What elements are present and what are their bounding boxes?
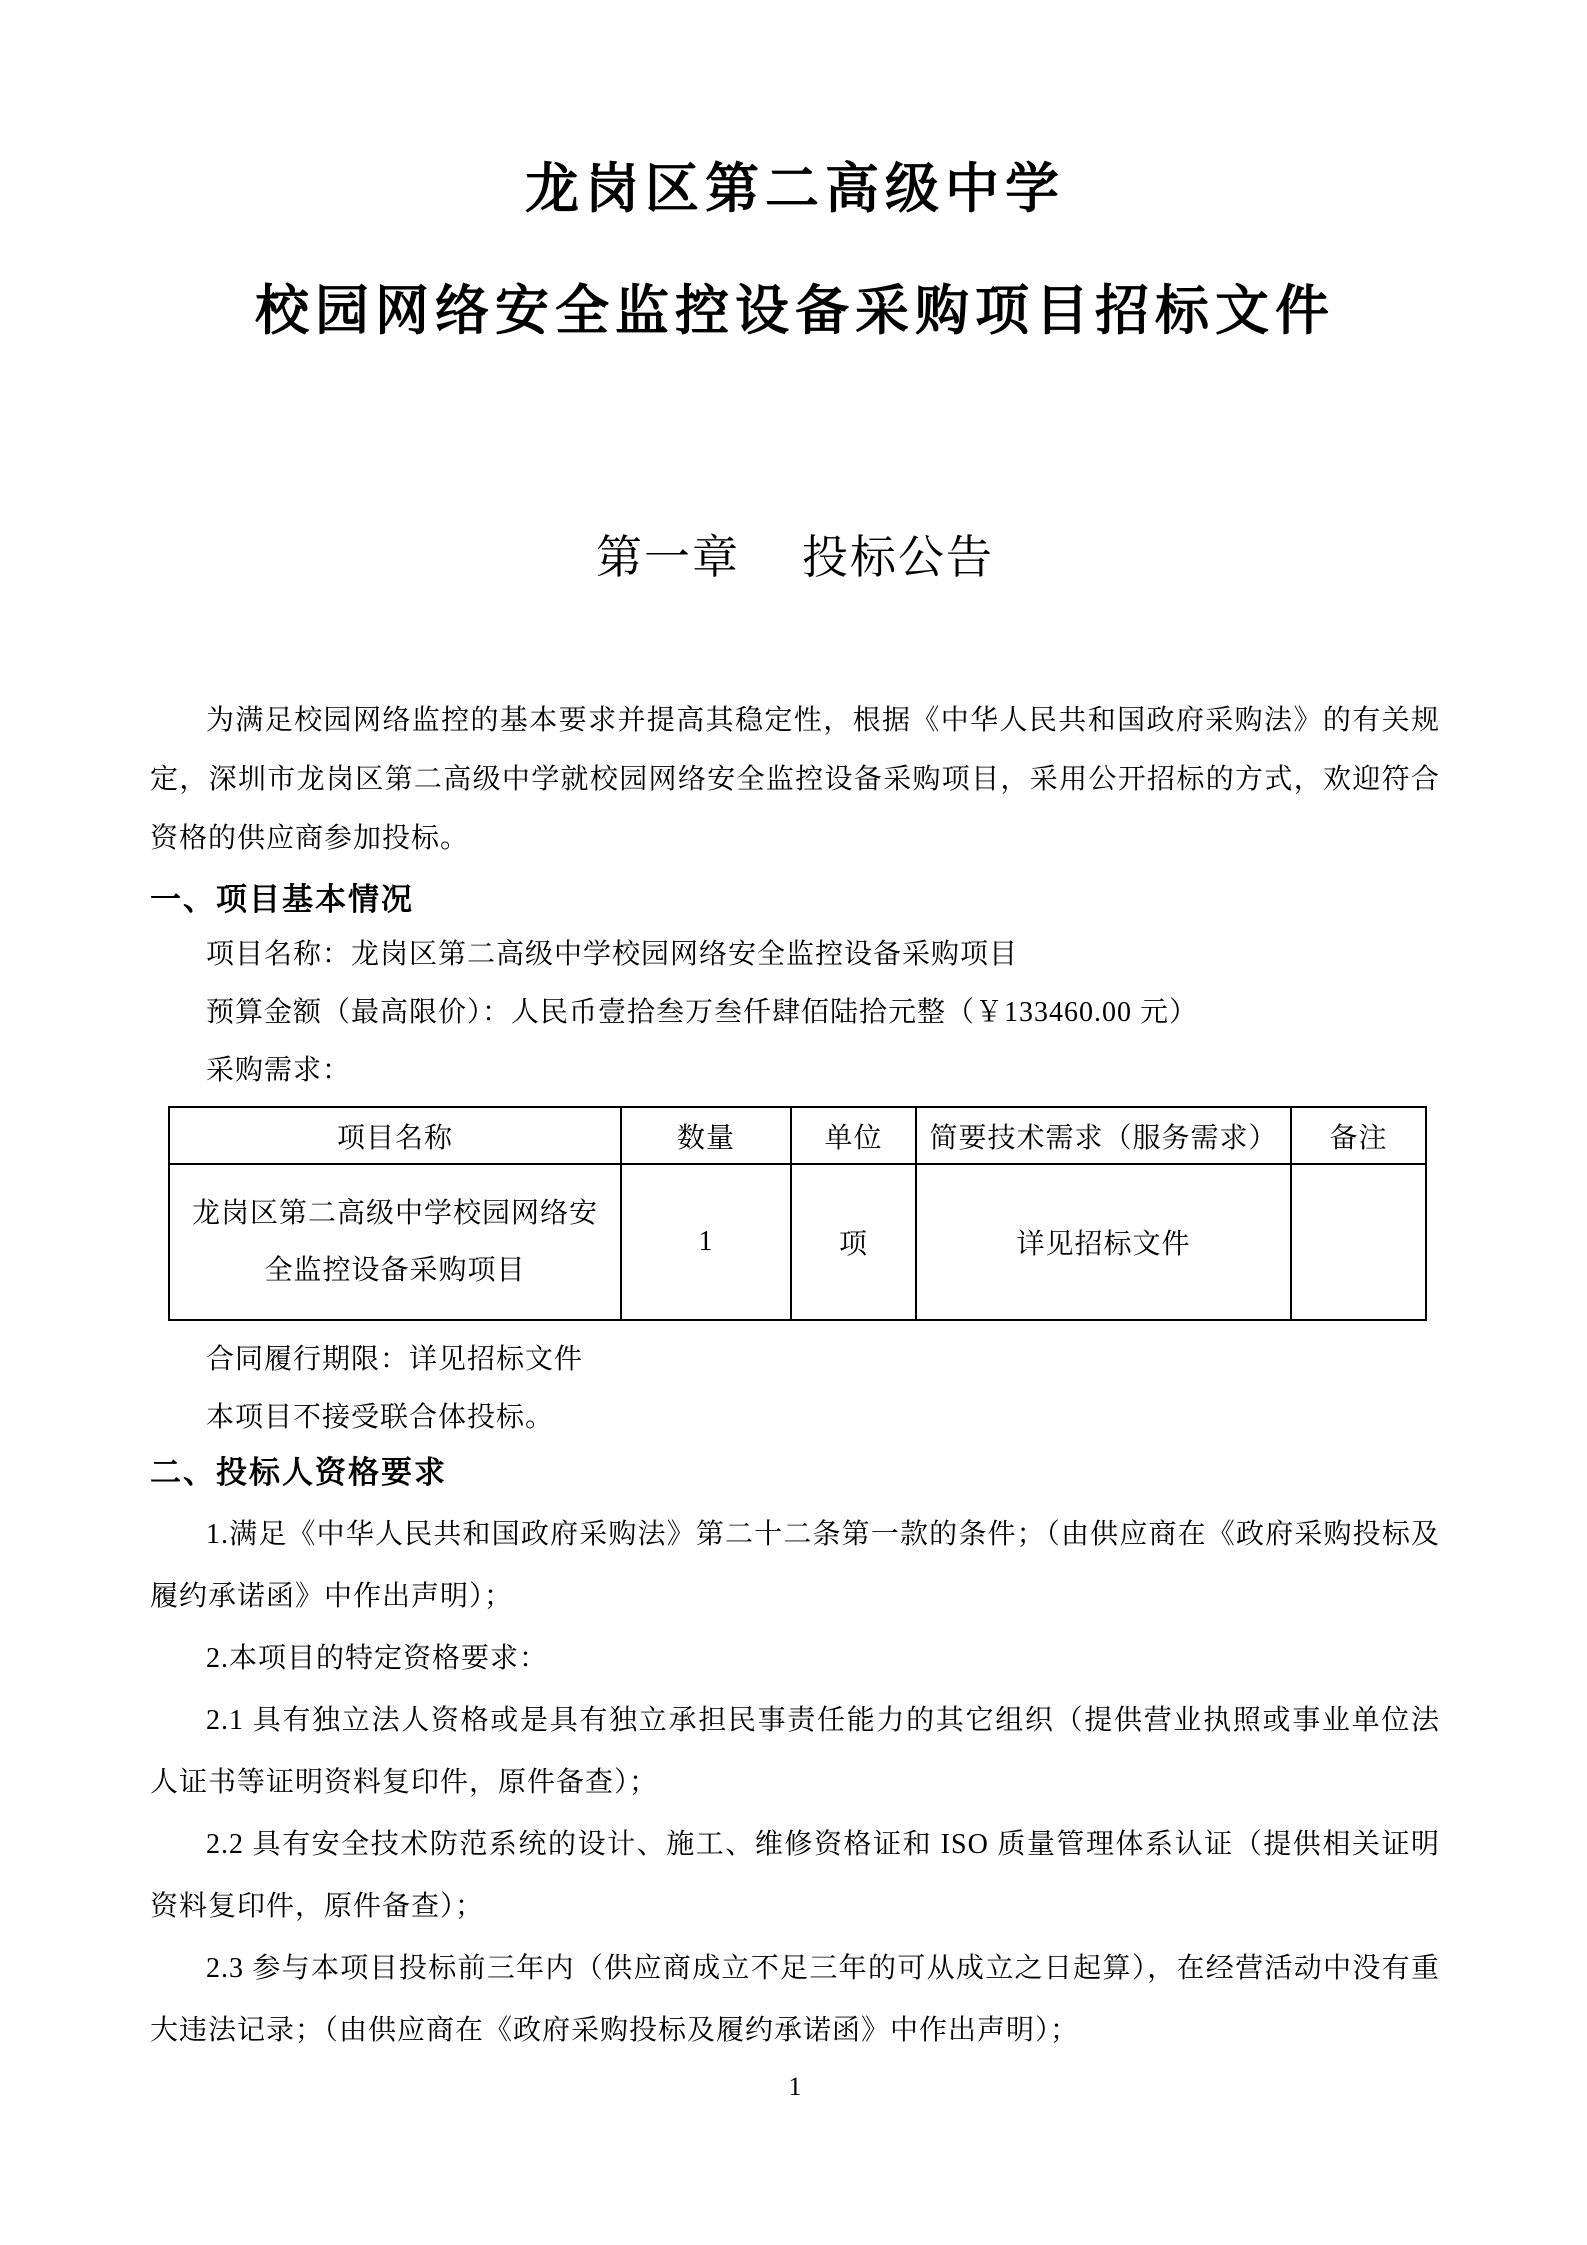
- project-name-line: 项目名称：龙岗区第二高级中学校园网络安全监控设备采购项目: [150, 926, 1440, 984]
- chapter-number: 第一章: [596, 532, 740, 583]
- section2-heading: 二、投标人资格要求: [150, 1453, 1440, 1493]
- procurement-demand-line: 采购需求：: [150, 1042, 1440, 1100]
- contract-period-line: 合同履行期限：详见招标文件: [150, 1331, 1440, 1389]
- cell-remarks: [1291, 1164, 1426, 1320]
- th-requirements: 简要技术需求（服务需求）: [916, 1107, 1291, 1164]
- budget-line: 预算金额（最高限价）：人民币壹拾叁万叁仟肆佰陆拾元整（￥133460.00 元）: [150, 984, 1440, 1042]
- no-consortium-line: 本项目不接受联合体投标。: [150, 1389, 1440, 1447]
- cell-quantity: 1: [621, 1164, 791, 1320]
- table-row: 龙岗区第二高级中学校园网络安全监控设备采购项目 1 项 详见招标文件: [169, 1164, 1426, 1320]
- section1-notes: 合同履行期限：详见招标文件 本项目不接受联合体投标。: [150, 1331, 1440, 1447]
- doc-title-line2: 校园网络安全监控设备采购项目招标文件: [150, 280, 1440, 342]
- cell-project-name: 龙岗区第二高级中学校园网络安全监控设备采购项目: [169, 1164, 621, 1320]
- document-page: 龙岗区第二高级中学 校园网络安全监控设备采购项目招标文件 第一章投标公告 为满足…: [0, 0, 1587, 2245]
- procurement-table: 项目名称 数量 单位 简要技术需求（服务需求） 备注 龙岗区第二高级中学校园网络…: [168, 1106, 1427, 1321]
- th-unit: 单位: [791, 1107, 916, 1164]
- th-remarks: 备注: [1291, 1107, 1426, 1164]
- cell-unit: 项: [791, 1164, 916, 1320]
- cell-requirements: 详见招标文件: [916, 1164, 1291, 1320]
- th-project-name: 项目名称: [169, 1107, 621, 1164]
- chapter-title: 投标公告: [802, 532, 994, 583]
- qualification-paragraph-2-3: 2.3 参与本项目投标前三年内（供应商成立不足三年的可从成立之日起算），在经营活…: [150, 1938, 1440, 2062]
- section1-heading: 一、项目基本情况: [150, 880, 1440, 920]
- section2-paragraphs: 1.满足《中华人民共和国政府采购法》第二十二条第一款的条件；（由供应商在《政府采…: [150, 1504, 1440, 2062]
- qualification-paragraph-2-1: 2.1 具有独立法人资格或是具有独立承担民事责任能力的其它组织（提供营业执照或事…: [150, 1690, 1440, 1814]
- intro-paragraph: 为满足校园网络监控的基本要求并提高其稳定性，根据《中华人民共和国政府采购法》的有…: [150, 691, 1440, 868]
- qualification-paragraph-2: 2.本项目的特定资格要求：: [150, 1628, 1440, 1690]
- page-number: 1: [150, 2070, 1440, 2104]
- doc-title-line1: 龙岗区第二高级中学: [150, 158, 1440, 220]
- chapter-heading: 第一章投标公告: [150, 528, 1440, 588]
- th-quantity: 数量: [621, 1107, 791, 1164]
- section1-items: 项目名称：龙岗区第二高级中学校园网络安全监控设备采购项目 预算金额（最高限价）：…: [150, 926, 1440, 1100]
- qualification-paragraph-2-2: 2.2 具有安全技术防范系统的设计、施工、维修资格证和 ISO 质量管理体系认证…: [150, 1814, 1440, 1938]
- qualification-paragraph-1: 1.满足《中华人民共和国政府采购法》第二十二条第一款的条件；（由供应商在《政府采…: [150, 1504, 1440, 1628]
- table-header-row: 项目名称 数量 单位 简要技术需求（服务需求） 备注: [169, 1107, 1426, 1164]
